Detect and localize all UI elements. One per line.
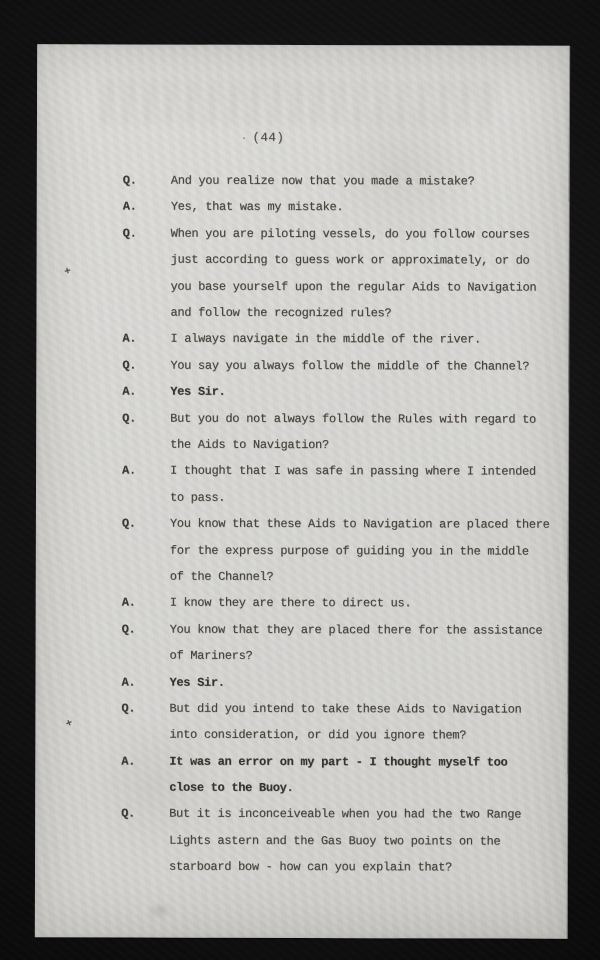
speaker-label: A. — [123, 194, 171, 221]
entry-lines: And you realize now that you made a mist… — [171, 168, 561, 195]
transcript-line: It was an error on my part - I thought m… — [169, 748, 559, 775]
speaker-label: Q. — [122, 616, 170, 643]
transcript-line: for the express purpose of guiding you i… — [170, 537, 560, 564]
page-number: ·(44) — [241, 131, 285, 145]
transcript-line: to pass. — [170, 484, 560, 511]
speaker-label: A. — [122, 379, 170, 406]
transcript-entry: A.Yes Sir. — [122, 379, 560, 407]
speaker-label: Q. — [121, 695, 169, 722]
transcript-entry: Q.But did you intend to take these Aids … — [121, 695, 559, 749]
transcript-line: I always navigate in the middle of the r… — [170, 326, 560, 353]
transcript-entry: Q.You say you always follow the middle o… — [122, 352, 560, 380]
transcript-line: But it is inconceiveable when you had th… — [169, 801, 559, 828]
entry-lines: But did you intend to take these Aids to… — [169, 696, 559, 750]
transcript-line: starboard bow - how can you explain that… — [169, 854, 559, 881]
transcript-entry: A.Yes Sir. — [121, 669, 559, 697]
speaker-label: Q. — [122, 352, 170, 379]
scan-background: ·(44) Q.And you realize now that you mad… — [0, 0, 600, 960]
transcript-line: I know they are there to direct us. — [170, 590, 560, 617]
transcript-entry: Q.And you realize now that you made a mi… — [123, 168, 561, 196]
transcript-line: of the Channel? — [170, 564, 560, 591]
transcript-line: Lights astern and the Gas Buoy two point… — [169, 828, 559, 855]
ink-smudge — [147, 903, 173, 919]
transcript-entry: Q.You know that they are placed there fo… — [122, 616, 560, 670]
ink-smudge — [101, 80, 496, 125]
entry-lines: Yes, that was my mistake. — [171, 194, 561, 221]
entry-lines: I know they are there to direct us. — [170, 590, 560, 617]
speaker-label: Q. — [123, 220, 171, 247]
speaker-label: Q. — [123, 168, 171, 195]
speaker-label: Q. — [121, 801, 169, 828]
transcript-line: you base yourself upon the regular Aids … — [171, 273, 561, 300]
transcript-line: Yes Sir. — [169, 669, 559, 696]
pencil-mark-icon: + — [64, 718, 75, 732]
transcript-line: You know that they are placed there for … — [170, 616, 560, 643]
transcript-entry: Q.You know that these Aids to Navigation… — [122, 511, 560, 591]
transcript-entry: A.It was an error on my part - I thought… — [121, 748, 559, 802]
entry-lines: You say you always follow the middle of … — [170, 352, 560, 379]
transcript-entry: A.I always navigate in the middle of the… — [122, 326, 560, 354]
speaker-label: A. — [121, 748, 169, 775]
pencil-mark-icon: + — [63, 266, 72, 279]
page-number-mark: · — [241, 134, 248, 145]
transcript-line: just according to guess work or approxim… — [171, 247, 561, 274]
entry-lines: You know that these Aids to Navigation a… — [170, 511, 560, 591]
speaker-label: A. — [122, 590, 170, 617]
transcript-line: And you realize now that you made a mist… — [171, 168, 561, 195]
entry-lines: But you do not always follow the Rules w… — [170, 405, 560, 459]
entry-lines: But it is inconceiveable when you had th… — [169, 801, 559, 881]
transcript-entry: Q.But it is inconceiveable when you had … — [121, 801, 559, 881]
transcript-line: the Aids to Navigation? — [170, 432, 560, 459]
transcript: Q.And you realize now that you made a mi… — [121, 168, 561, 882]
document-page: ·(44) Q.And you realize now that you mad… — [35, 44, 569, 938]
speaker-label: Q. — [122, 405, 170, 432]
transcript-line: But did you intend to take these Aids to… — [169, 696, 559, 723]
entry-lines: I always navigate in the middle of the r… — [170, 326, 560, 353]
entry-lines: Yes Sir. — [170, 379, 560, 406]
transcript-line: and follow the recognized rules? — [170, 300, 560, 327]
transcript-line: Yes, that was my mistake. — [171, 194, 561, 221]
entry-lines: When you are piloting vessels, do you fo… — [170, 220, 560, 327]
page-number-label: (44) — [252, 131, 284, 145]
speaker-label: A. — [121, 669, 169, 696]
transcript-entry: A.I thought that I was safe in passing w… — [122, 458, 560, 512]
entry-lines: I thought that I was safe in passing whe… — [170, 458, 560, 512]
transcript-line: close to the Buoy. — [169, 775, 559, 802]
transcript-line: of Mariners? — [170, 643, 560, 670]
entry-lines: Yes Sir. — [169, 669, 559, 696]
transcript-entry: A.I know they are there to direct us. — [122, 590, 560, 618]
speaker-label: Q. — [122, 511, 170, 538]
transcript-line: I thought that I was safe in passing whe… — [170, 458, 560, 485]
transcript-line: When you are piloting vessels, do you fo… — [171, 220, 561, 247]
transcript-line: Yes Sir. — [170, 379, 560, 406]
speaker-label: A. — [122, 458, 170, 485]
transcript-entry: A.Yes, that was my mistake. — [123, 194, 561, 222]
transcript-line: into consideration, or did you ignore th… — [169, 722, 559, 749]
speaker-label: A. — [122, 326, 170, 353]
transcript-entry: Q.When you are piloting vessels, do you … — [122, 220, 560, 327]
transcript-line: But you do not always follow the Rules w… — [170, 405, 560, 432]
transcript-line: You know that these Aids to Navigation a… — [170, 511, 560, 538]
entry-lines: It was an error on my part - I thought m… — [169, 748, 559, 802]
transcript-line: You say you always follow the middle of … — [170, 352, 560, 379]
transcript-entry: Q.But you do not always follow the Rules… — [122, 405, 560, 459]
entry-lines: You know that they are placed there for … — [170, 616, 560, 670]
